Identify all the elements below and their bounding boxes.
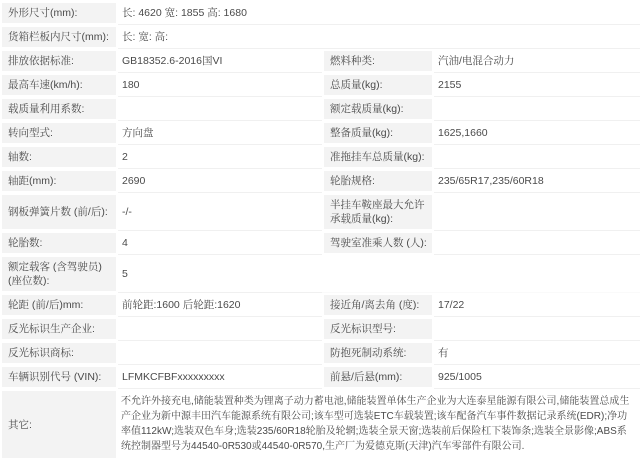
abs-system-label: 防抱死制动系统: bbox=[322, 341, 434, 365]
track-width-value: 前轮距:1600 后轮距:1620 bbox=[118, 293, 322, 317]
cab-seating-capacity-label: 驾驶室准乘人数 (人): bbox=[322, 231, 434, 255]
approach-departure-angle-label: 接近角/离去角 (度): bbox=[322, 293, 434, 317]
total-mass-value: 2155 bbox=[434, 73, 640, 97]
steering-type-value: 方向盘 bbox=[118, 121, 322, 145]
reflective-marking-manufacturer-label: 反光标识生产企业: bbox=[0, 317, 118, 341]
max-speed-total-mass-row: 最高车速(km/h):180总质量(kg):2155 bbox=[0, 73, 640, 97]
reflective-marking-manufacturer-model-row: 反光标识生产企业:反光标识型号: bbox=[0, 317, 640, 341]
reflective-marking-brand-abs-row: 反光标识商标:防抱死制动系统:有 bbox=[0, 341, 640, 365]
other-label: 其它: bbox=[0, 389, 118, 460]
max-speed-label: 最高车速(km/h): bbox=[0, 73, 118, 97]
abs-system-value: 有 bbox=[434, 341, 640, 365]
fuel-type-label: 燃料种类: bbox=[322, 49, 434, 73]
blank-cell bbox=[322, 255, 640, 293]
tire-count-value: 4 bbox=[118, 231, 322, 255]
tire-count-label: 轮胎数: bbox=[0, 231, 118, 255]
fuel-type-value: 汽油/电混合动力 bbox=[434, 49, 640, 73]
other-row: 其它:不允许外接充电,储能装置种类为锂离子动力蓄电池,储能装置单体生产企业为大连… bbox=[0, 389, 640, 460]
front-rear-overhang-label: 前悬/后悬(mm): bbox=[322, 365, 434, 389]
exterior-dimensions-row: 外形尺寸(mm):长: 4620 宽: 1855 高: 1680 bbox=[0, 1, 640, 25]
cargo-box-inner-dimensions-value: 长: 宽: 高: bbox=[118, 25, 640, 49]
fifth-wheel-max-load-label: 半挂车鞍座最大允许承载质量(kg): bbox=[322, 193, 434, 231]
fifth-wheel-max-load-value bbox=[434, 193, 640, 231]
rated-passengers-row: 额定载客 (含驾驶员) (座位数):5 bbox=[0, 255, 640, 293]
rated-load-mass-label: 额定载质量(kg): bbox=[322, 97, 434, 121]
axle-count-label: 轴数: bbox=[0, 145, 118, 169]
tire-spec-value: 235/65R17,235/60R18 bbox=[434, 169, 640, 193]
curb-mass-label: 整备质量(kg): bbox=[322, 121, 434, 145]
cargo-box-inner-dimensions-row: 货箱栏板内尺寸(mm):长: 宽: 高: bbox=[0, 25, 640, 49]
emission-standard-label: 排放依据标准: bbox=[0, 49, 118, 73]
track-width-label: 轮距 (前/后)mm: bbox=[0, 293, 118, 317]
max-speed-value: 180 bbox=[118, 73, 322, 97]
load-mass-utilization-factor-label: 载质量利用系数: bbox=[0, 97, 118, 121]
exterior-dimensions-label: 外形尺寸(mm): bbox=[0, 1, 118, 25]
vehicle-spec-table: 外形尺寸(mm):长: 4620 宽: 1855 高: 1680货箱栏板内尺寸(… bbox=[0, 1, 640, 460]
wheelbase-value: 2690 bbox=[118, 169, 322, 193]
curb-mass-value: 1625,1660 bbox=[434, 121, 640, 145]
cargo-box-inner-dimensions-label: 货箱栏板内尺寸(mm): bbox=[0, 25, 118, 49]
track-width-angles-row: 轮距 (前/后)mm:前轮距:1600 后轮距:1620接近角/离去角 (度):… bbox=[0, 293, 640, 317]
axle-count-trailer-mass-row: 轴数:2准拖挂车总质量(kg): bbox=[0, 145, 640, 169]
reflective-marking-model-value bbox=[434, 317, 640, 341]
tire-spec-label: 轮胎规格: bbox=[322, 169, 434, 193]
wheelbase-label: 轴距(mm): bbox=[0, 169, 118, 193]
tire-count-cab-seating-row: 轮胎数:4驾驶室准乘人数 (人): bbox=[0, 231, 640, 255]
vin-overhang-row: 车辆识别代号 (VIN):LFMKCFBFxxxxxxxxx前悬/后悬(mm):… bbox=[0, 365, 640, 389]
reflective-marking-brand-label: 反光标识商标: bbox=[0, 341, 118, 365]
vin-label: 车辆识别代号 (VIN): bbox=[0, 365, 118, 389]
front-rear-overhang-value: 925/1005 bbox=[434, 365, 640, 389]
leaf-spring-fifth-wheel-row: 钢板弹簧片数 (前/后):-/-半挂车鞍座最大允许承载质量(kg): bbox=[0, 193, 640, 231]
load-mass-utilization-factor-value bbox=[118, 97, 322, 121]
emission-standard-fuel-type-row: 排放依据标准:GB18352.6-2016国VI燃料种类:汽油/电混合动力 bbox=[0, 49, 640, 73]
rated-passengers-label: 额定载客 (含驾驶员) (座位数): bbox=[0, 255, 118, 293]
rated-load-mass-value bbox=[434, 97, 640, 121]
towable-trailer-total-mass-label: 准拖挂车总质量(kg): bbox=[322, 145, 434, 169]
reflective-marking-brand-value bbox=[118, 341, 322, 365]
wheelbase-tire-spec-row: 轴距(mm):2690轮胎规格:235/65R17,235/60R18 bbox=[0, 169, 640, 193]
total-mass-label: 总质量(kg): bbox=[322, 73, 434, 97]
rated-passengers-value: 5 bbox=[118, 255, 322, 293]
reflective-marking-model-label: 反光标识型号: bbox=[322, 317, 434, 341]
towable-trailer-total-mass-value bbox=[434, 145, 640, 169]
approach-departure-angle-value: 17/22 bbox=[434, 293, 640, 317]
spec-table-body: 外形尺寸(mm):长: 4620 宽: 1855 高: 1680货箱栏板内尺寸(… bbox=[0, 1, 640, 460]
leaf-spring-count-label: 钢板弹簧片数 (前/后): bbox=[0, 193, 118, 231]
exterior-dimensions-value: 长: 4620 宽: 1855 高: 1680 bbox=[118, 1, 640, 25]
steering-curb-mass-row: 转向型式:方向盘整备质量(kg):1625,1660 bbox=[0, 121, 640, 145]
cab-seating-capacity-value bbox=[434, 231, 640, 255]
reflective-marking-manufacturer-value bbox=[118, 317, 322, 341]
vehicle-spec-document: 外形尺寸(mm):长: 4620 宽: 1855 高: 1680货箱栏板内尺寸(… bbox=[0, 0, 640, 463]
vin-value: LFMKCFBFxxxxxxxxx bbox=[118, 365, 322, 389]
load-utilization-rated-load-row: 载质量利用系数:额定载质量(kg): bbox=[0, 97, 640, 121]
other-value: 不允许外接充电,储能装置种类为锂离子动力蓄电池,储能装置单体生产企业为大连泰星能… bbox=[118, 389, 640, 460]
emission-standard-value: GB18352.6-2016国VI bbox=[118, 49, 322, 73]
axle-count-value: 2 bbox=[118, 145, 322, 169]
leaf-spring-count-value: -/- bbox=[118, 193, 322, 231]
steering-type-label: 转向型式: bbox=[0, 121, 118, 145]
